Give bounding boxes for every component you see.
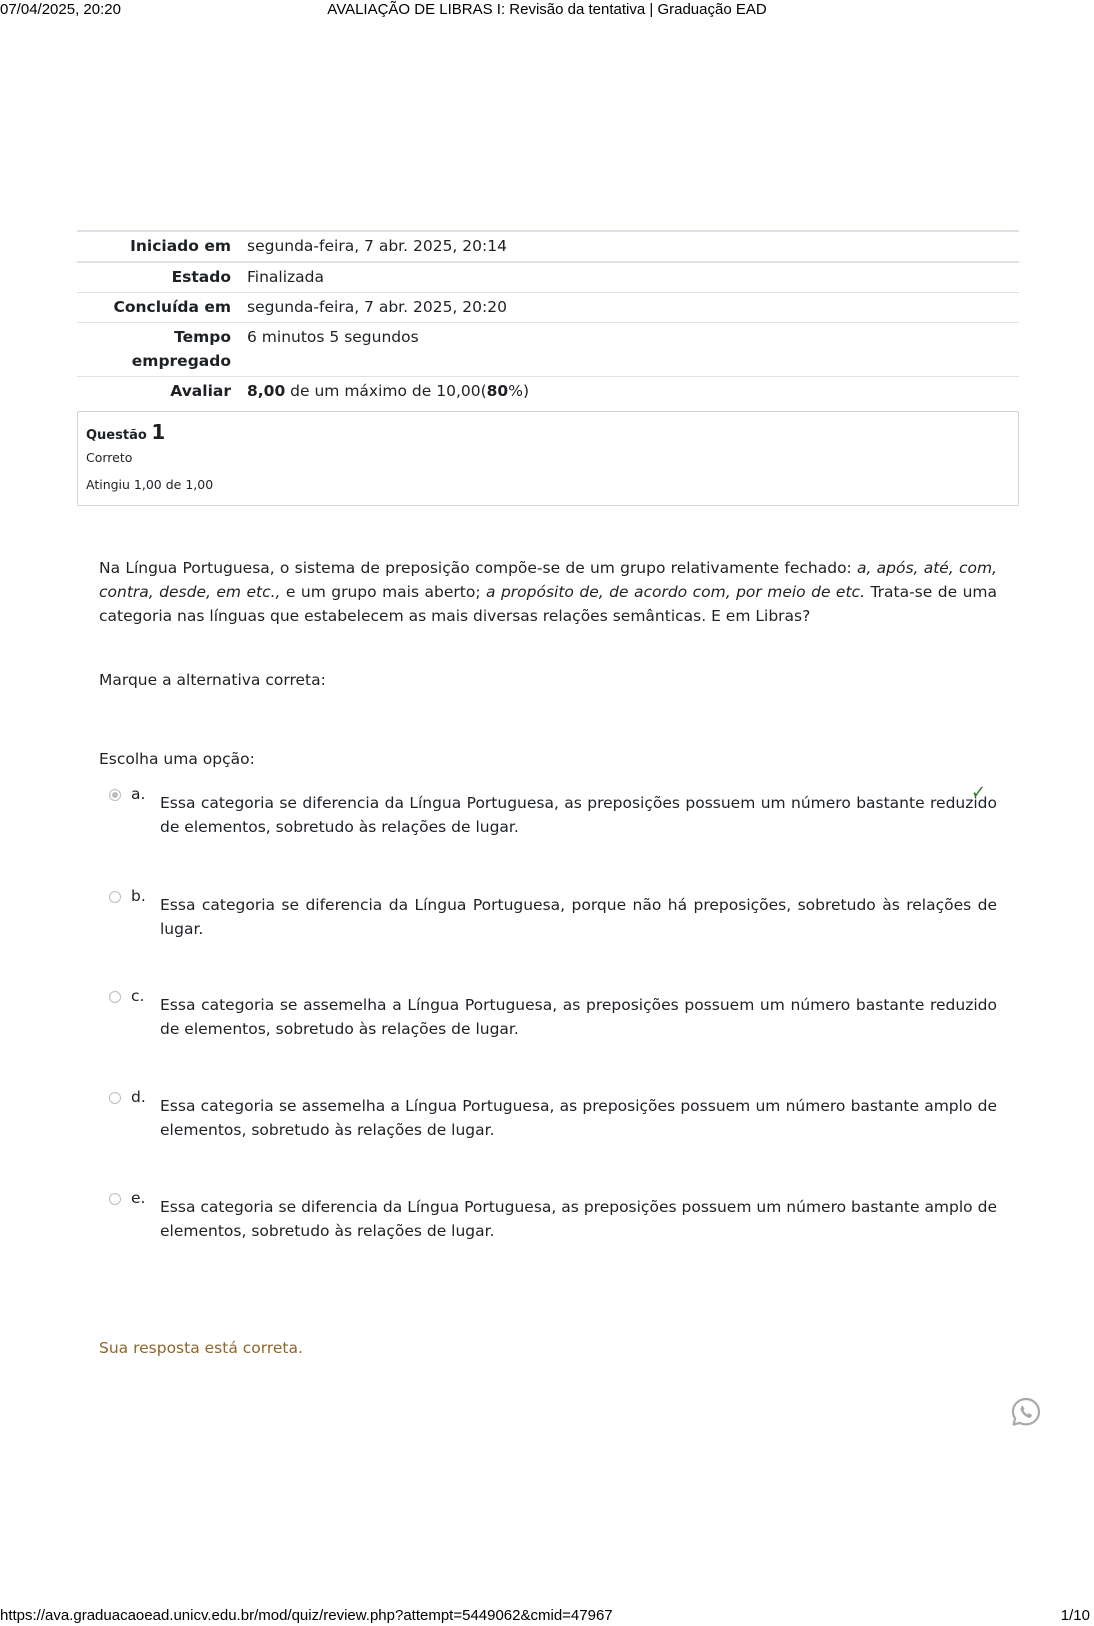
summary-row-time-taken: Tempo empregado 6 minutos 5 segundos bbox=[77, 323, 1019, 377]
print-page-number: 1/10 bbox=[1061, 1607, 1090, 1624]
grade-percent: 80 bbox=[487, 382, 509, 400]
question-number-value: 1 bbox=[151, 420, 165, 444]
summary-value: 6 minutos 5 segundos bbox=[247, 323, 1019, 377]
answer-letter: a. bbox=[131, 782, 145, 806]
question-text-italic: a propósito de, de acordo com, por meio … bbox=[486, 583, 865, 601]
answer-radio[interactable] bbox=[109, 1193, 121, 1205]
question-number: Questão 1 bbox=[86, 420, 1010, 444]
summary-label: Iniciado em bbox=[77, 231, 247, 262]
summary-value: segunda-feira, 7 abr. 2025, 20:14 bbox=[247, 231, 1019, 262]
summary-row-state: Estado Finalizada bbox=[77, 262, 1019, 293]
whatsapp-icon[interactable] bbox=[1010, 1396, 1042, 1428]
answer-text: Essa categoria se diferencia da Língua P… bbox=[160, 791, 997, 839]
answer-letter: d. bbox=[131, 1085, 146, 1109]
grade-suffix: %) bbox=[508, 382, 529, 400]
question-prompt: Marque a alternativa correta: bbox=[99, 668, 997, 692]
summary-value: segunda-feira, 7 abr. 2025, 20:20 bbox=[247, 293, 1019, 323]
question-text: Na Língua Portuguesa, o sistema de prepo… bbox=[99, 556, 997, 628]
answer-radio[interactable] bbox=[109, 789, 121, 801]
answer-radio[interactable] bbox=[109, 991, 121, 1003]
summary-row-completed: Concluída em segunda-feira, 7 abr. 2025,… bbox=[77, 293, 1019, 323]
summary-row-started: Iniciado em segunda-feira, 7 abr. 2025, … bbox=[77, 231, 1019, 262]
answer-text: Essa categoria se assemelha a Língua Por… bbox=[160, 993, 997, 1041]
print-url: https://ava.graduacaoead.unicv.edu.br/mo… bbox=[0, 1607, 613, 1624]
summary-grade-value: 8,00 de um máximo de 10,00(80%) bbox=[247, 377, 1019, 407]
answer-letter: b. bbox=[131, 884, 146, 908]
print-header: 07/04/2025, 20:20 AVALIAÇÃO DE LIBRAS I:… bbox=[0, 0, 1094, 22]
question-text-segment: e um grupo mais aberto; bbox=[280, 583, 486, 601]
choose-option-label: Escolha uma opção: bbox=[99, 747, 997, 771]
answer-letter: e. bbox=[131, 1186, 145, 1210]
question-grade: Atingiu 1,00 de 1,00 bbox=[86, 477, 1010, 492]
answer-text: Essa categoria se diferencia da Língua P… bbox=[160, 893, 997, 941]
feedback-text: Sua resposta está correta. bbox=[99, 1339, 303, 1357]
summary-row-grade: Avaliar 8,00 de um máximo de 10,00(80%) bbox=[77, 377, 1019, 407]
question-text-segment: Na Língua Portuguesa, o sistema de prepo… bbox=[99, 559, 857, 577]
grade-score: 8,00 bbox=[247, 382, 285, 400]
correct-check-icon: ✓ bbox=[971, 781, 986, 805]
summary-label: Avaliar bbox=[77, 377, 247, 407]
summary-label: Concluída em bbox=[77, 293, 247, 323]
attempt-summary-table: Iniciado em segunda-feira, 7 abr. 2025, … bbox=[77, 230, 1019, 406]
print-footer: https://ava.graduacaoead.unicv.edu.br/mo… bbox=[0, 1604, 1094, 1626]
question-info-box: Questão 1 Correto Atingiu 1,00 de 1,00 bbox=[77, 411, 1019, 506]
grade-middle: de um máximo de 10,00( bbox=[285, 382, 486, 400]
answer-radio[interactable] bbox=[109, 1092, 121, 1104]
answer-text: Essa categoria se diferencia da Língua P… bbox=[160, 1195, 997, 1243]
summary-value: Finalizada bbox=[247, 262, 1019, 293]
answer-text: Essa categoria se assemelha a Língua Por… bbox=[160, 1094, 997, 1142]
summary-label: Tempo empregado bbox=[77, 323, 247, 377]
print-page-title: AVALIAÇÃO DE LIBRAS I: Revisão da tentat… bbox=[0, 1, 1094, 18]
question-prefix: Questão bbox=[86, 428, 147, 443]
summary-label: Estado bbox=[77, 262, 247, 293]
question-state: Correto bbox=[86, 450, 1010, 465]
answer-radio[interactable] bbox=[109, 891, 121, 903]
answer-letter: c. bbox=[131, 984, 144, 1008]
